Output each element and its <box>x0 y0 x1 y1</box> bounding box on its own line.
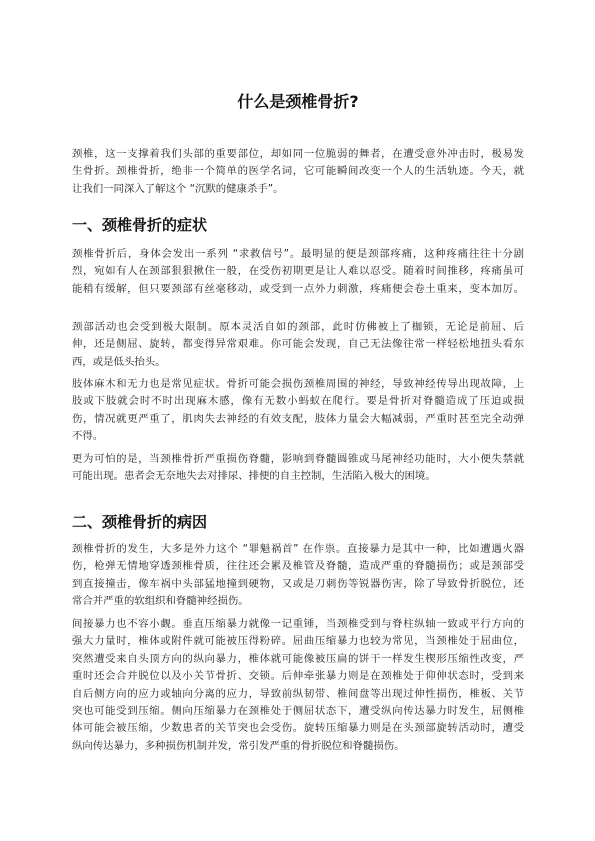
symptoms-paragraph-incontinence: 更为可怕的是，当颈椎骨折严重损伤脊髓，影响到脊髓圆锥或马尾神经功能时，大小便失禁… <box>72 451 524 486</box>
paragraph-line: 突也可能受到压缩。侧向压缩暴力在颈椎处于侧屈状态下，遭受纵向传达暴力时发生，屈侧… <box>72 703 524 720</box>
paragraph-line: 自后侧方向的应力或轴向分离的应力，导致前纵韧带、椎间盘等出现过伸性损伤，椎板、关… <box>72 686 524 703</box>
causes-paragraph-indirect: 间接暴力也不容小觑。垂直压缩暴力就像一记重锤，当颈椎受到与脊柱纵轴一致或平行方向… <box>72 616 524 755</box>
paragraph-line: 强大力量时，椎体或附件就可能被压得粉碎。屈曲压缩暴力也较为常见，当颈椎处于屈曲位… <box>72 633 524 650</box>
paragraph-line: 更为可怕的是，当颈椎骨折严重损伤脊髓，影响到脊髓圆锥或马尾神经功能时，大小便失禁… <box>72 451 524 468</box>
paragraph-line: 不得。 <box>72 428 524 445</box>
paragraph-line: 颈椎骨折的发生，大多是外力这个 “罪魁祸首” 在作祟。直接暴力是其中一种，比如遭… <box>72 541 524 558</box>
paragraph-line: 到直接撞击，像车祸中头部猛地撞到硬物，又或是刀刺伤等锐器伤害，除了导致骨折脱位，… <box>72 576 524 593</box>
paragraph-line: 重时还会合并脱位以及小关节骨折、交锁。后伸牵张暴力则是在颈椎处于仰伸状态时，受到… <box>72 668 524 685</box>
paragraph-line: 间接暴力也不容小觑。垂直压缩暴力就像一记重锤，当颈椎受到与脊柱纵轴一致或平行方向… <box>72 616 524 633</box>
paragraph-line: 伸，还是侧屈、旋转，都变得异常艰难。你可能会发现，自己无法像往常一样轻松地扭头看… <box>72 336 524 353</box>
paragraph-line: 肢或下肢就会时不时出现麻木感，像有无数小蚂蚁在爬行。要是骨折对脊髓造成了压迫或损 <box>72 393 524 410</box>
paragraph-line: 让我们一同深入了解这个 “沉默的健康杀手”。 <box>72 181 524 198</box>
section-heading-causes: 二、颈椎骨折的病因 <box>72 512 207 532</box>
page-title: 什么是颈椎骨折? <box>72 92 524 112</box>
paragraph-line: 突然遭受来自头顶方向的纵向暴力，椎体就可能像被压扁的饼干一样发生楔形压缩性改变，… <box>72 651 524 668</box>
intro-paragraph: 颈椎，这一支撑着我们头部的重要部位，却如同一位脆弱的舞者，在遭受意外冲击时，极易… <box>72 146 524 198</box>
paragraph-line: 能稍有缓解，但只要颈部有丝毫移动，或受到一点外力刺激，疼痛便会卷土重来，变本加厉… <box>72 281 524 298</box>
paragraph-line: 伤，枪弹无情地穿透颈椎骨质，往往还会累及椎管及脊髓，造成严重的脊髓损伤；或是颈部… <box>72 558 524 575</box>
paragraph-line: 颈部活动也会受到极大限制。原本灵活自如的颈部，此时仿佛被上了枷锁，无论是前屈、后 <box>72 319 524 336</box>
paragraph-line: 生骨折。颈椎骨折，绝非一个简单的医学名词，它可能瞬间改变一个人的生活轨迹。今天，… <box>72 163 524 180</box>
paragraph-line: 纵向传达暴力，多种损伤机制并发，常引发严重的骨折脱位和脊髓损伤。 <box>72 738 524 755</box>
paragraph-line: 西，或是低头抬头。 <box>72 354 524 371</box>
paragraph-line: 颈椎骨折后，身体会发出一系列 “求救信号”。最明显的便是颈部疼痛，这种疼痛往往十… <box>72 246 524 263</box>
paragraph-line: 颈椎，这一支撑着我们头部的重要部位，却如同一位脆弱的舞者，在遭受意外冲击时，极易… <box>72 146 524 163</box>
paragraph-line: 烈，宛如有人在颈部狠狠揪住一般，在受伤初期更是让人难以忍受。随着时间推移，疼痛虽… <box>72 263 524 280</box>
paragraph-line: 体可能会被压缩，少数患者的关节突也会受伤。旋转压缩暴力则是在头颈部旋转活动时，遭… <box>72 720 524 737</box>
symptoms-paragraph-pain: 颈椎骨折后，身体会发出一系列 “求救信号”。最明显的便是颈部疼痛，这种疼痛往往十… <box>72 246 524 298</box>
symptoms-paragraph-mobility: 颈部活动也会受到极大限制。原本灵活自如的颈部，此时仿佛被上了枷锁，无论是前屈、后… <box>72 319 524 371</box>
paragraph-line: 常合并严重的软组织和脊髓神经损伤。 <box>72 593 524 610</box>
paragraph-line: 伤，情况就更严重了，肌肉失去神经的有效支配，肢体力量会大幅减弱，严重时甚至完全动… <box>72 411 524 428</box>
symptoms-paragraph-numbness: 肢体麻木和无力也是常见症状。骨折可能会损伤颈椎周围的神经，导致神经传导出现故障，… <box>72 376 524 446</box>
section-heading-symptoms: 一、颈椎骨折的症状 <box>72 215 207 235</box>
paragraph-line: 肢体麻木和无力也是常见症状。骨折可能会损伤颈椎周围的神经，导致神经传导出现故障，… <box>72 376 524 393</box>
paragraph-line: 可能出现。患者会无奈地失去对排尿、排便的自主控制，生活陷入极大的困境。 <box>72 468 524 485</box>
causes-paragraph-direct: 颈椎骨折的发生，大多是外力这个 “罪魁祸首” 在作祟。直接暴力是其中一种，比如遭… <box>72 541 524 611</box>
